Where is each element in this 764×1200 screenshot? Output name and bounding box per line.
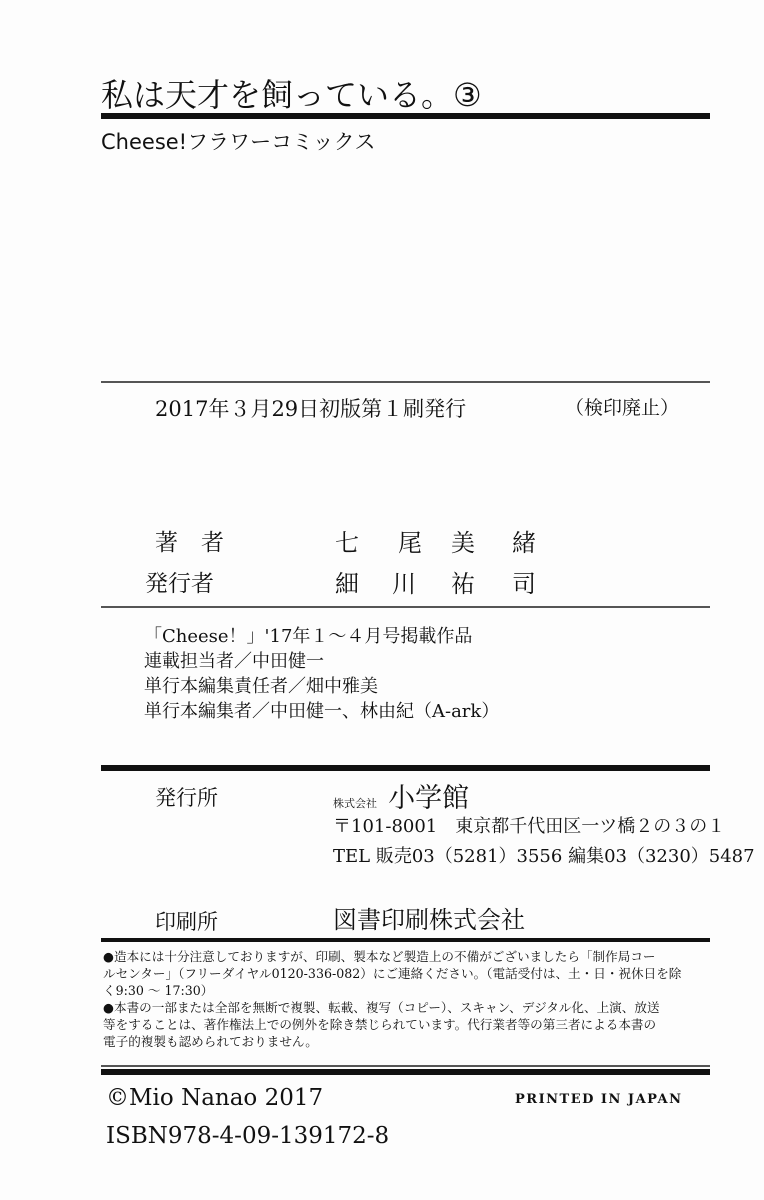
book-title: 私は天才を飼っている。③ (101, 70, 482, 116)
author-label: 著 者 (155, 524, 224, 557)
notice-line: ●造本には十分注意しておりますが、印刷、製本など製造上の不備がございましたら「制… (103, 949, 656, 965)
company-prefix: 株式会社 (333, 797, 377, 810)
printer-label: 印刷所 (155, 906, 218, 936)
chief-editor-credit: 単行本編集責任者／畑中雅美 (144, 672, 378, 698)
serialization-credit: 「Cheese！」'17年１〜４月号掲載作品 (144, 622, 472, 648)
notice-line: く9:30 〜 17:30） (103, 983, 213, 999)
notice-line: ルセンター」（フリーダイヤル0120-336-082）にご連絡ください。（電話受… (103, 966, 681, 982)
serial-editor-credit: 連載担当者／中田健一 (144, 647, 324, 673)
publisher-name-char: 司 (512, 564, 536, 599)
publisher-person-label: 発行者 (145, 565, 214, 598)
publisher-name-char: 川 (392, 564, 416, 599)
publisher-phone: TEL 販売03（5281）3556 編集03（3230）5487 (333, 842, 755, 868)
author-name-char: 美 (451, 523, 475, 558)
author-name-char: 尾 (398, 523, 422, 558)
copyright-notice: ©Mio Nanao 2017 (106, 1085, 323, 1111)
series-name: Cheese!フラワーコミックス (101, 126, 375, 156)
publisher-address: 〒101-8001 東京都千代田区一ツ橋２の３の１ (333, 812, 725, 838)
isbn-number: ISBN978-4-09-139172-8 (106, 1123, 389, 1149)
notice-bottom-rule (101, 1065, 710, 1067)
first-edition-date: 2017年３月29日初版第１刷発行 (155, 393, 466, 423)
edition-top-rule (101, 381, 710, 383)
author-name-char: 緒 (512, 523, 536, 558)
publisher-label: 発行所 (155, 782, 218, 812)
notice-line: 等をすることは、著作権法上での例外を除き禁じられています。代行業者等の第三者によ… (103, 1017, 656, 1033)
header-rule (101, 113, 710, 119)
publisher-company: 株式会社 小学館 (333, 776, 469, 815)
author-row: 著 者 七 尾 美 緒 (0, 524, 764, 554)
publisher-top-rule (101, 765, 710, 771)
people-bottom-rule (101, 606, 710, 608)
notice-line: 電子的複製も認められておりません。 (103, 1034, 318, 1050)
printer-name: 図書印刷株式会社 (333, 900, 525, 935)
publisher-person-row: 発行者 細 川 祐 司 (0, 565, 764, 595)
author-name-char: 七 (335, 523, 359, 558)
footer-top-rule (101, 1069, 710, 1075)
seal-abolished-note: （検印廃止） (565, 393, 679, 420)
publisher-name-char: 細 (335, 564, 359, 599)
notice-line: ●本書の一部または全部を無断で複製、転載、複写（コピー）、スキャン、デジタル化、… (103, 1000, 660, 1016)
company-name: 小学館 (388, 783, 469, 814)
publisher-name-char: 祐 (451, 564, 475, 599)
printed-in-japan: PRINTED IN JAPAN (515, 1092, 682, 1107)
notice-top-rule (101, 938, 710, 942)
book-editor-credit: 単行本編集者／中田健一、林由紀（A-ark） (144, 697, 499, 723)
